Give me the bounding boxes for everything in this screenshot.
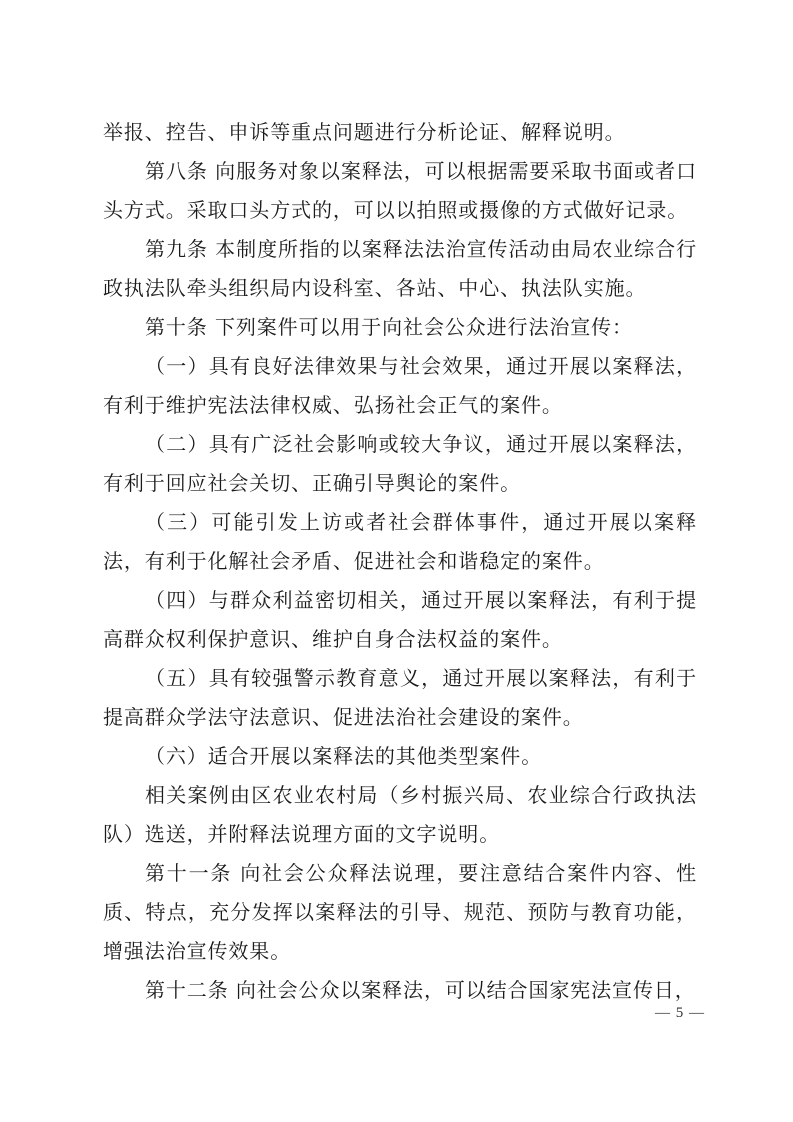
paragraph-continuation: 举报、控告、申诉等重点问题进行分析论证、解释说明。 (103, 113, 697, 152)
article-12: 第十二条 向社会公众以案释法，可以结合国家宪法宣传日， (103, 971, 697, 1010)
article-10-item-2: （二）具有广泛社会影响或较大争议，通过开展以案释法，有利于回应社会关切、正确引导… (103, 425, 697, 503)
document-body: 举报、控告、申诉等重点问题进行分析论证、解释说明。 第八条 向服务对象以案释法，… (103, 113, 697, 1010)
article-10: 第十条 下列案件可以用于向社会公众进行法治宣传： (103, 308, 697, 347)
article-10-item-3: （三）可能引发上访或者社会群体事件，通过开展以案释法，有利于化解社会矛盾、促进社… (103, 503, 697, 581)
article-8: 第八条 向服务对象以案释法，可以根据需要采取书面或者口头方式。采取口头方式的，可… (103, 152, 697, 230)
article-9: 第九条 本制度所指的以案释法法治宣传活动由局农业综合行政执法队牵头组织局内设科室… (103, 230, 697, 308)
document-page: 举报、控告、申诉等重点问题进行分析论证、解释说明。 第八条 向服务对象以案释法，… (0, 0, 793, 1122)
article-10-item-5: （五）具有较强警示教育意义，通过开展以案释法，有利于提高群众学法守法意识、促进法… (103, 659, 697, 737)
article-11: 第十一条 向社会公众释法说理，要注意结合案件内容、性质、特点，充分发挥以案释法的… (103, 854, 697, 971)
article-10-item-6: （六）适合开展以案释法的其他类型案件。 (103, 737, 697, 776)
page-number: — 5 — (655, 1005, 705, 1022)
article-10-item-1: （一）具有良好法律效果与社会效果，通过开展以案释法，有利于维护宪法法律权威、弘扬… (103, 347, 697, 425)
case-selection-note: 相关案例由区农业农村局（乡村振兴局、农业综合行政执法队）选送，并附释法说理方面的… (103, 776, 697, 854)
article-10-item-4: （四）与群众利益密切相关，通过开展以案释法，有利于提高群众权利保护意识、维护自身… (103, 581, 697, 659)
